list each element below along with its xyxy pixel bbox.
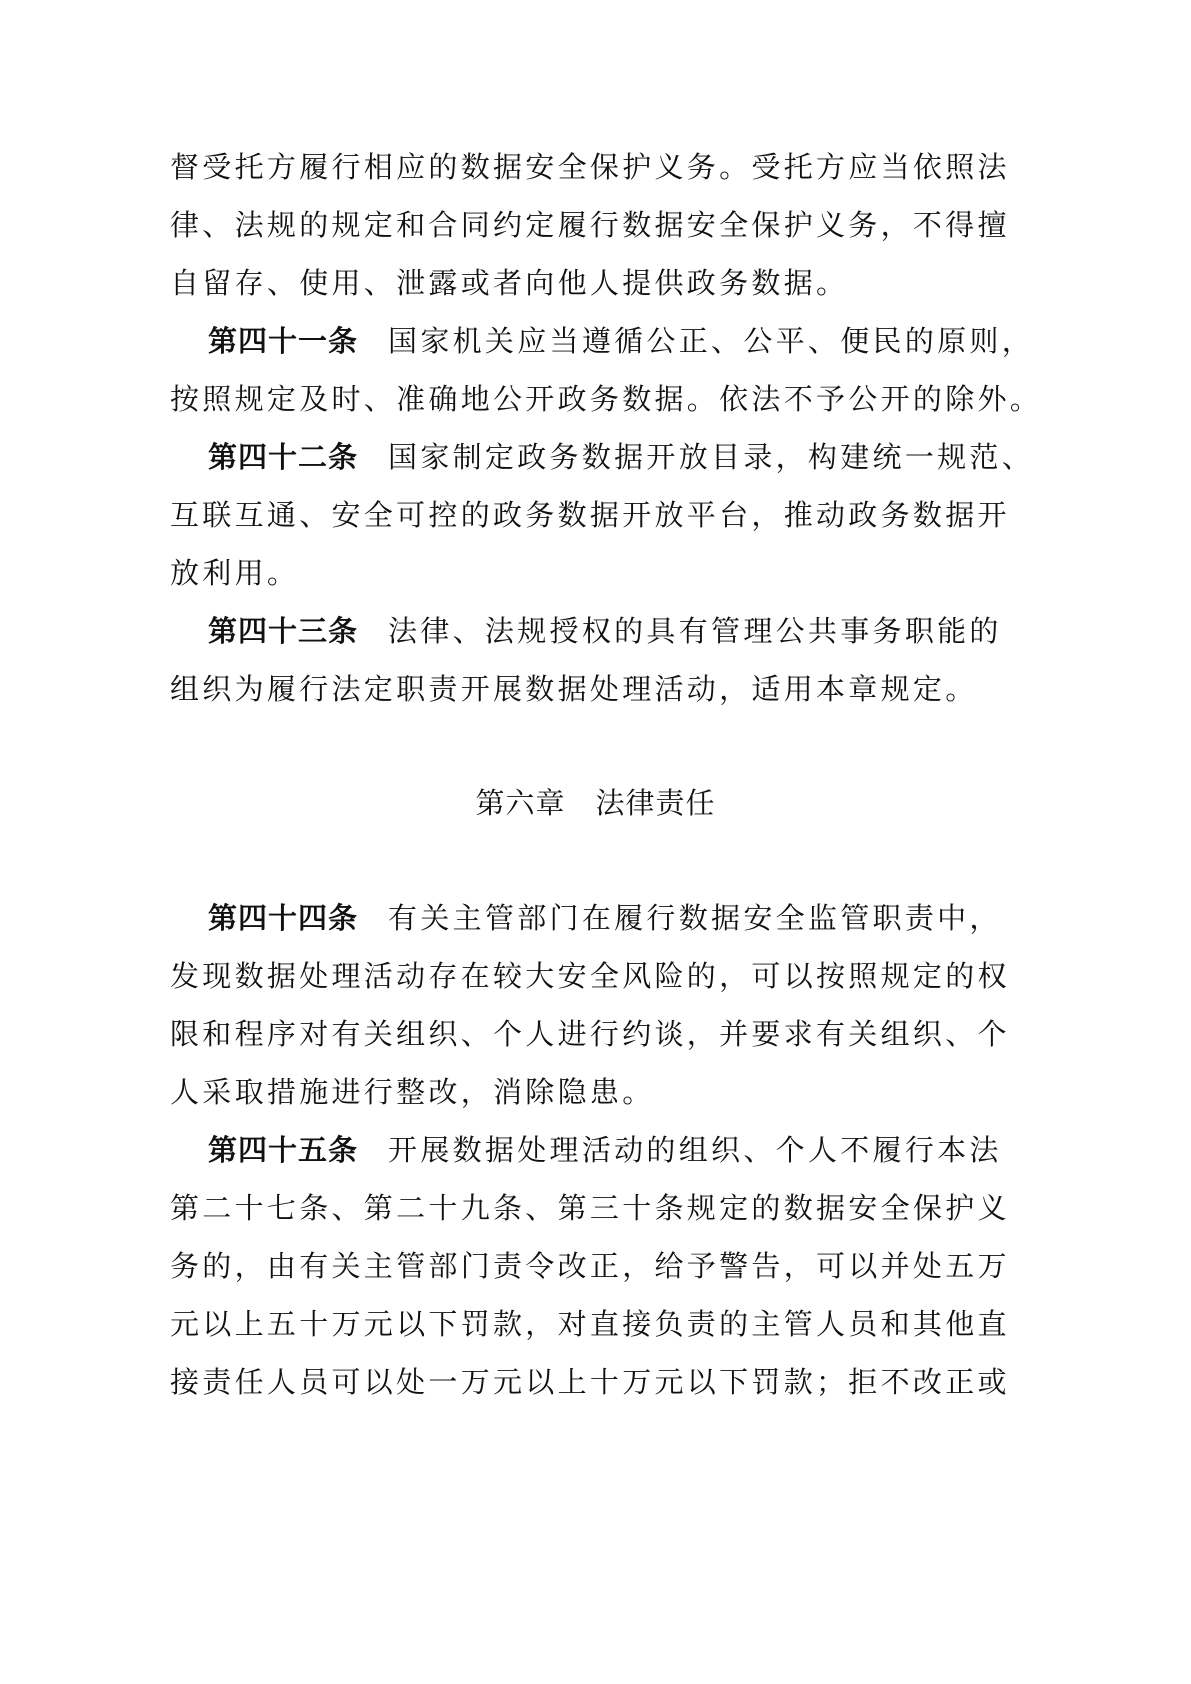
article-44: 第四十四条有关主管部门在履行数据安全监管职责中， [208, 898, 988, 938]
article-number: 第四十五条 [208, 1133, 358, 1167]
document-page: 督受托方履行相应的数据安全保护义务。受托方应当依照法 律、法规的规定和合同约定履… [0, 0, 1191, 1684]
text-line: 国家制定政务数据开放目录，构建统一规范、 [388, 440, 1034, 474]
text-line: 开展数据处理活动的组织、个人不履行本法 [388, 1133, 1002, 1167]
text-line: 元以上五十万元以下罚款，对直接负责的主管人员和其他直 [170, 1304, 950, 1344]
text-line: 有关主管部门在履行数据安全监管职责中， [388, 901, 1002, 935]
text-line: 法律、法规授权的具有管理公共事务职能的 [388, 614, 1002, 648]
article-number: 第四十二条 [208, 440, 358, 474]
text-line: 务的，由有关主管部门责令改正，给予警告，可以并处五万 [170, 1246, 950, 1286]
article-41: 第四十一条国家机关应当遵循公正、公平、便民的原则， [208, 321, 988, 361]
text-line: 按照规定及时、准确地公开政务数据。依法不予公开的除外。 [170, 379, 950, 419]
text-line: 国家机关应当遵循公正、公平、便民的原则， [388, 324, 1034, 358]
article-42: 第四十二条国家制定政务数据开放目录，构建统一规范、 [208, 437, 988, 477]
chapter-heading: 第六章法律责任 [0, 783, 1191, 823]
text-line: 发现数据处理活动存在较大安全风险的，可以按照规定的权 [170, 956, 950, 996]
chapter-number: 第六章 [475, 786, 565, 820]
text-line: 组织为履行法定职责开展数据处理活动，适用本章规定。 [170, 669, 950, 709]
chapter-title: 法律责任 [596, 786, 716, 820]
text-line: 自留存、使用、泄露或者向他人提供政务数据。 [170, 263, 950, 303]
text-line: 第二十七条、第二十九条、第三十条规定的数据安全保护义 [170, 1188, 950, 1228]
article-number: 第四十四条 [208, 901, 358, 935]
article-45: 第四十五条开展数据处理活动的组织、个人不履行本法 [208, 1130, 988, 1170]
text-line: 互联互通、安全可控的政务数据开放平台，推动政务数据开 [170, 495, 950, 535]
article-number: 第四十三条 [208, 614, 358, 648]
text-line: 接责任人员可以处一万元以上十万元以下罚款；拒不改正或 [170, 1362, 950, 1402]
article-number: 第四十一条 [208, 324, 358, 358]
text-line: 律、法规的规定和合同约定履行数据安全保护义务，不得擅 [170, 205, 950, 245]
text-line: 督受托方履行相应的数据安全保护义务。受托方应当依照法 [170, 147, 950, 187]
text-line: 人采取措施进行整改，消除隐患。 [170, 1072, 950, 1112]
article-43: 第四十三条法律、法规授权的具有管理公共事务职能的 [208, 611, 988, 651]
text-line: 限和程序对有关组织、个人进行约谈，并要求有关组织、个 [170, 1014, 950, 1054]
text-line: 放利用。 [170, 553, 950, 593]
